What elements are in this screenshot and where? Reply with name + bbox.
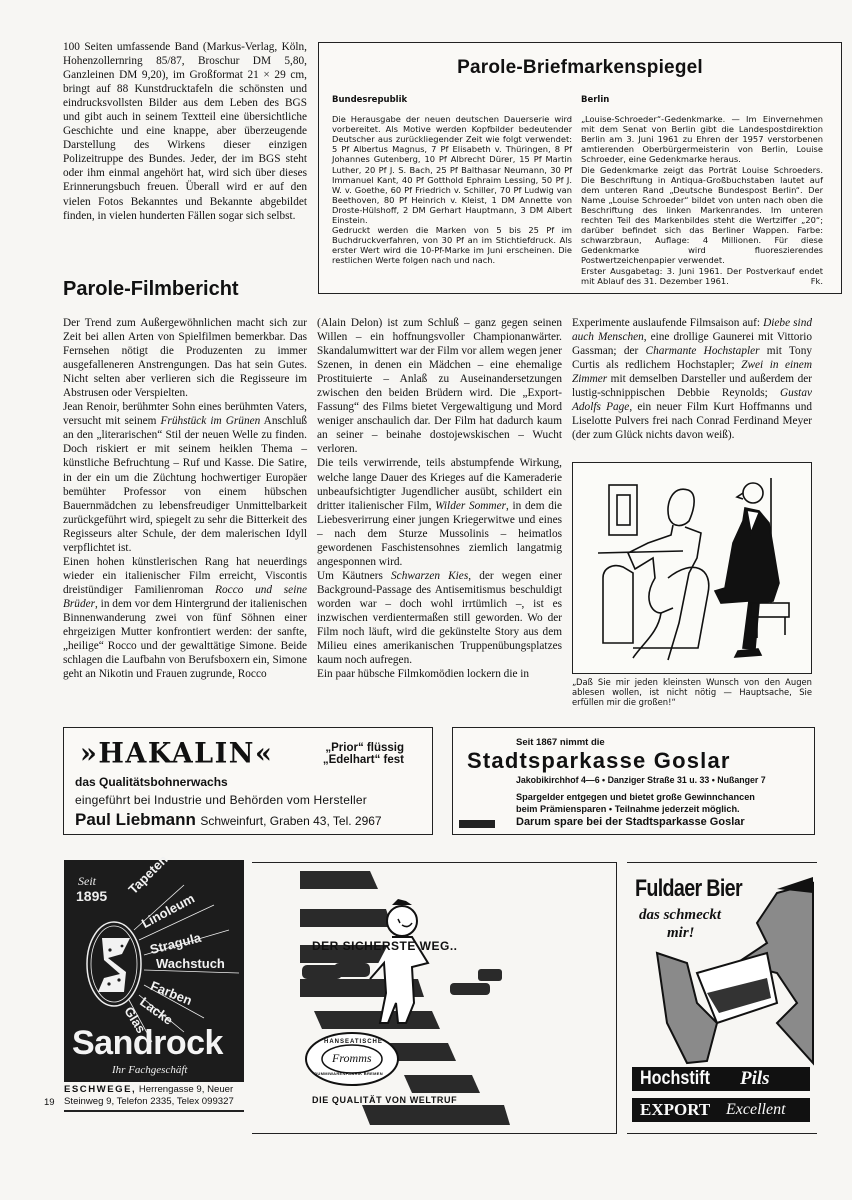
hakalin-variant-edelhart: „Edelhart“ fest [304,754,404,766]
ad-fromms: DER SICHERSTE WEG.. HANSEATISCHE Fromms … [252,862,617,1134]
hakalin-line2: eingeführt bei Industrie und Behörden vo… [75,793,367,807]
film-report-title: Parole-Filmbericht [63,278,239,301]
film-c2-p1: (Alain Delon) ist zum Schluß – ganz gege… [317,316,562,456]
fromms-badge-bottom: GUMMIWARENFABRIK BREMEN [314,1071,383,1076]
stamps-right-p1: „Louise-Schroeder“-Gedenkmarke. — Im Ein… [581,114,823,164]
fuldaer-product-bar-2: EXPORT Excellent [632,1098,810,1122]
sparkasse-slogan: Darum spare bei der Stadtsparkasse Gosla… [516,816,745,828]
film-c1-p1: Der Trend zum Außergewöhnlichen macht si… [63,316,307,400]
stamps-right-p3-text: Erster Ausgabetag: 3. Juni 1961. Der Pos… [581,266,823,286]
sandrock-brand: Sandrock [72,1024,223,1063]
intro-column: 100 Seiten umfassende Band (Markus-Verla… [63,40,307,223]
fuldaer-tagline1: das schmeckt [639,907,721,924]
ad-stadtsparkasse-goslar: Seit 1867 nimmt die Stadtsparkasse Gosla… [452,727,815,835]
cartoon-couple-icon [573,463,810,672]
ad-sandrock: Seit 1895 Tapeten Linoleum Stragula Wach… [64,860,244,1082]
fuldaer-product1-a: Hochstift [640,1068,710,1090]
stamps-right-p2: Die Gedenkmarke zeigt das Porträt Louise… [581,165,823,266]
ad-fuldaer-bier: Fuldaer Bier das schmeckt mir! Hochstift… [627,862,817,1134]
cartoon-illustration [572,462,812,674]
hakalin-brand: »HAKALIN« [80,737,273,770]
fuldaer-product2-a: EXPORT [640,1100,710,1120]
sparkasse-line1: Spargelder entgegen und bietet große Gew… [516,792,755,804]
fromms-headline: DER SICHERSTE WEG.. [312,939,458,953]
stamps-left-p1: Die Herausgabe der neuen deutschen Dauer… [332,114,572,225]
sandrock-address: ESCHWEGE, Herrengasse 9, Neuer Steinweg … [64,1084,244,1107]
fuldaer-product1-b: Pils [740,1068,770,1090]
film-column-2: (Alain Delon) ist zum Schluß – ganz gege… [317,316,562,681]
sandrock-city: ESCHWEGE, [64,1084,136,1095]
sandrock-rule [64,1110,244,1112]
stamps-berlin: Berlin „Louise-Schroeder“-Gedenkmarke. —… [581,95,823,286]
film-title-schwarzer-kies: Schwarzen Kies [391,570,468,582]
intro-paragraph: 100 Seiten umfassende Band (Markus-Verla… [63,40,307,223]
fromms-badge-top: HANSEATISCHE [324,1039,383,1045]
fuldaer-tagline2: mir! [667,925,695,942]
hakalin-variants: „Prior“ flüssig „Edelhart“ fest [304,742,404,766]
sparkasse-line2: beim Prämiensparen • Teilnahme jederzeit… [516,804,755,816]
hakalin-variant-prior: „Prior“ flüssig [304,742,404,754]
stamps-left-p2: Gedruckt werden die Marken von 5 bis 25 … [332,225,572,265]
stamps-title: Parole-Briefmarkenspiegel [319,57,841,79]
page-number: 19 [44,1097,55,1108]
stamps-left-heading: Bundesrepublik [332,95,572,105]
fuldaer-product2-b: Excellent [726,1101,786,1119]
hakalin-company-row: Paul Liebmann Schweinfurt, Graben 43, Te… [75,810,382,830]
fromms-crosswalk-icon [252,863,616,1131]
stamps-author-initials: Fk. [811,276,823,286]
sparkasse-addresses: Jakobikirchhof 4—6 • Danziger Straße 31 … [516,775,766,785]
sandrock-tagline: Ihr Fachgeschäft [112,1064,187,1076]
sandrock-since-label: Seit [78,874,96,889]
film-c1-p2: Jean Renoir, berühmter Sohn eines berühm… [63,400,307,555]
sparkasse-bar-icon [459,820,495,828]
sandrock-product-3: Wachstuch [156,956,225,971]
film-c1-p3: Einen hohen künstlerischen Rang hat neue… [63,555,307,681]
film-c2-p4: Ein paar hübsche Filmkomödien lockern di… [317,667,562,681]
stamps-right-heading: Berlin [581,95,823,105]
stamps-box: Parole-Briefmarkenspiegel Bundesrepublik… [318,42,842,294]
sparkasse-name: Stadtsparkasse Goslar [467,748,731,774]
fuldaer-product-bar-1: Hochstift Pils [632,1067,810,1091]
film-c2-p2: Die teils verwirrende, teils abstumpfend… [317,456,562,568]
sparkasse-intro: Seit 1867 nimmt die [516,737,605,748]
hakalin-tagline: das Qualitätsbohnerwachs [75,775,228,789]
film-c2-p3: Um Käutners Schwarzen Kies, der wegen ei… [317,569,562,667]
stamps-right-p3: Erster Ausgabetag: 3. Juni 1961. Der Pos… [581,266,823,286]
film-title-wilder-sommer: Wilder Sommer [435,500,506,512]
sandrock-since-year: 1895 [76,888,107,904]
cartoon-caption: „Daß Sie mir jeden kleinsten Wunsch von … [572,677,812,707]
fromms-slogan: DIE QUALITÄT VON WELTRUF [312,1095,457,1105]
fuldaer-brand: Fuldaer Bier [635,875,742,903]
film-title-fruehstueck: Frühstück im Grünen [161,415,261,427]
fromms-badge-brand: Fromms [332,1051,372,1066]
film-column-3: Experimente auslaufende Filmsaison auf: … [572,316,812,442]
hakalin-address: Schweinfurt, Graben 43, Tel. 2967 [200,814,381,828]
film-c3-p1: Experimente auslaufende Filmsaison auf: … [572,316,812,442]
ad-hakalin: »HAKALIN« „Prior“ flüssig „Edelhart“ fes… [63,727,433,835]
sparkasse-body: Spargelder entgegen und bietet große Gew… [516,792,755,815]
stamps-bundesrepublik: Bundesrepublik Die Herausgabe der neuen … [332,95,572,266]
hakalin-company: Paul Liebmann [75,810,196,829]
film-column-1: Der Trend zum Außergewöhnlichen macht si… [63,316,307,681]
